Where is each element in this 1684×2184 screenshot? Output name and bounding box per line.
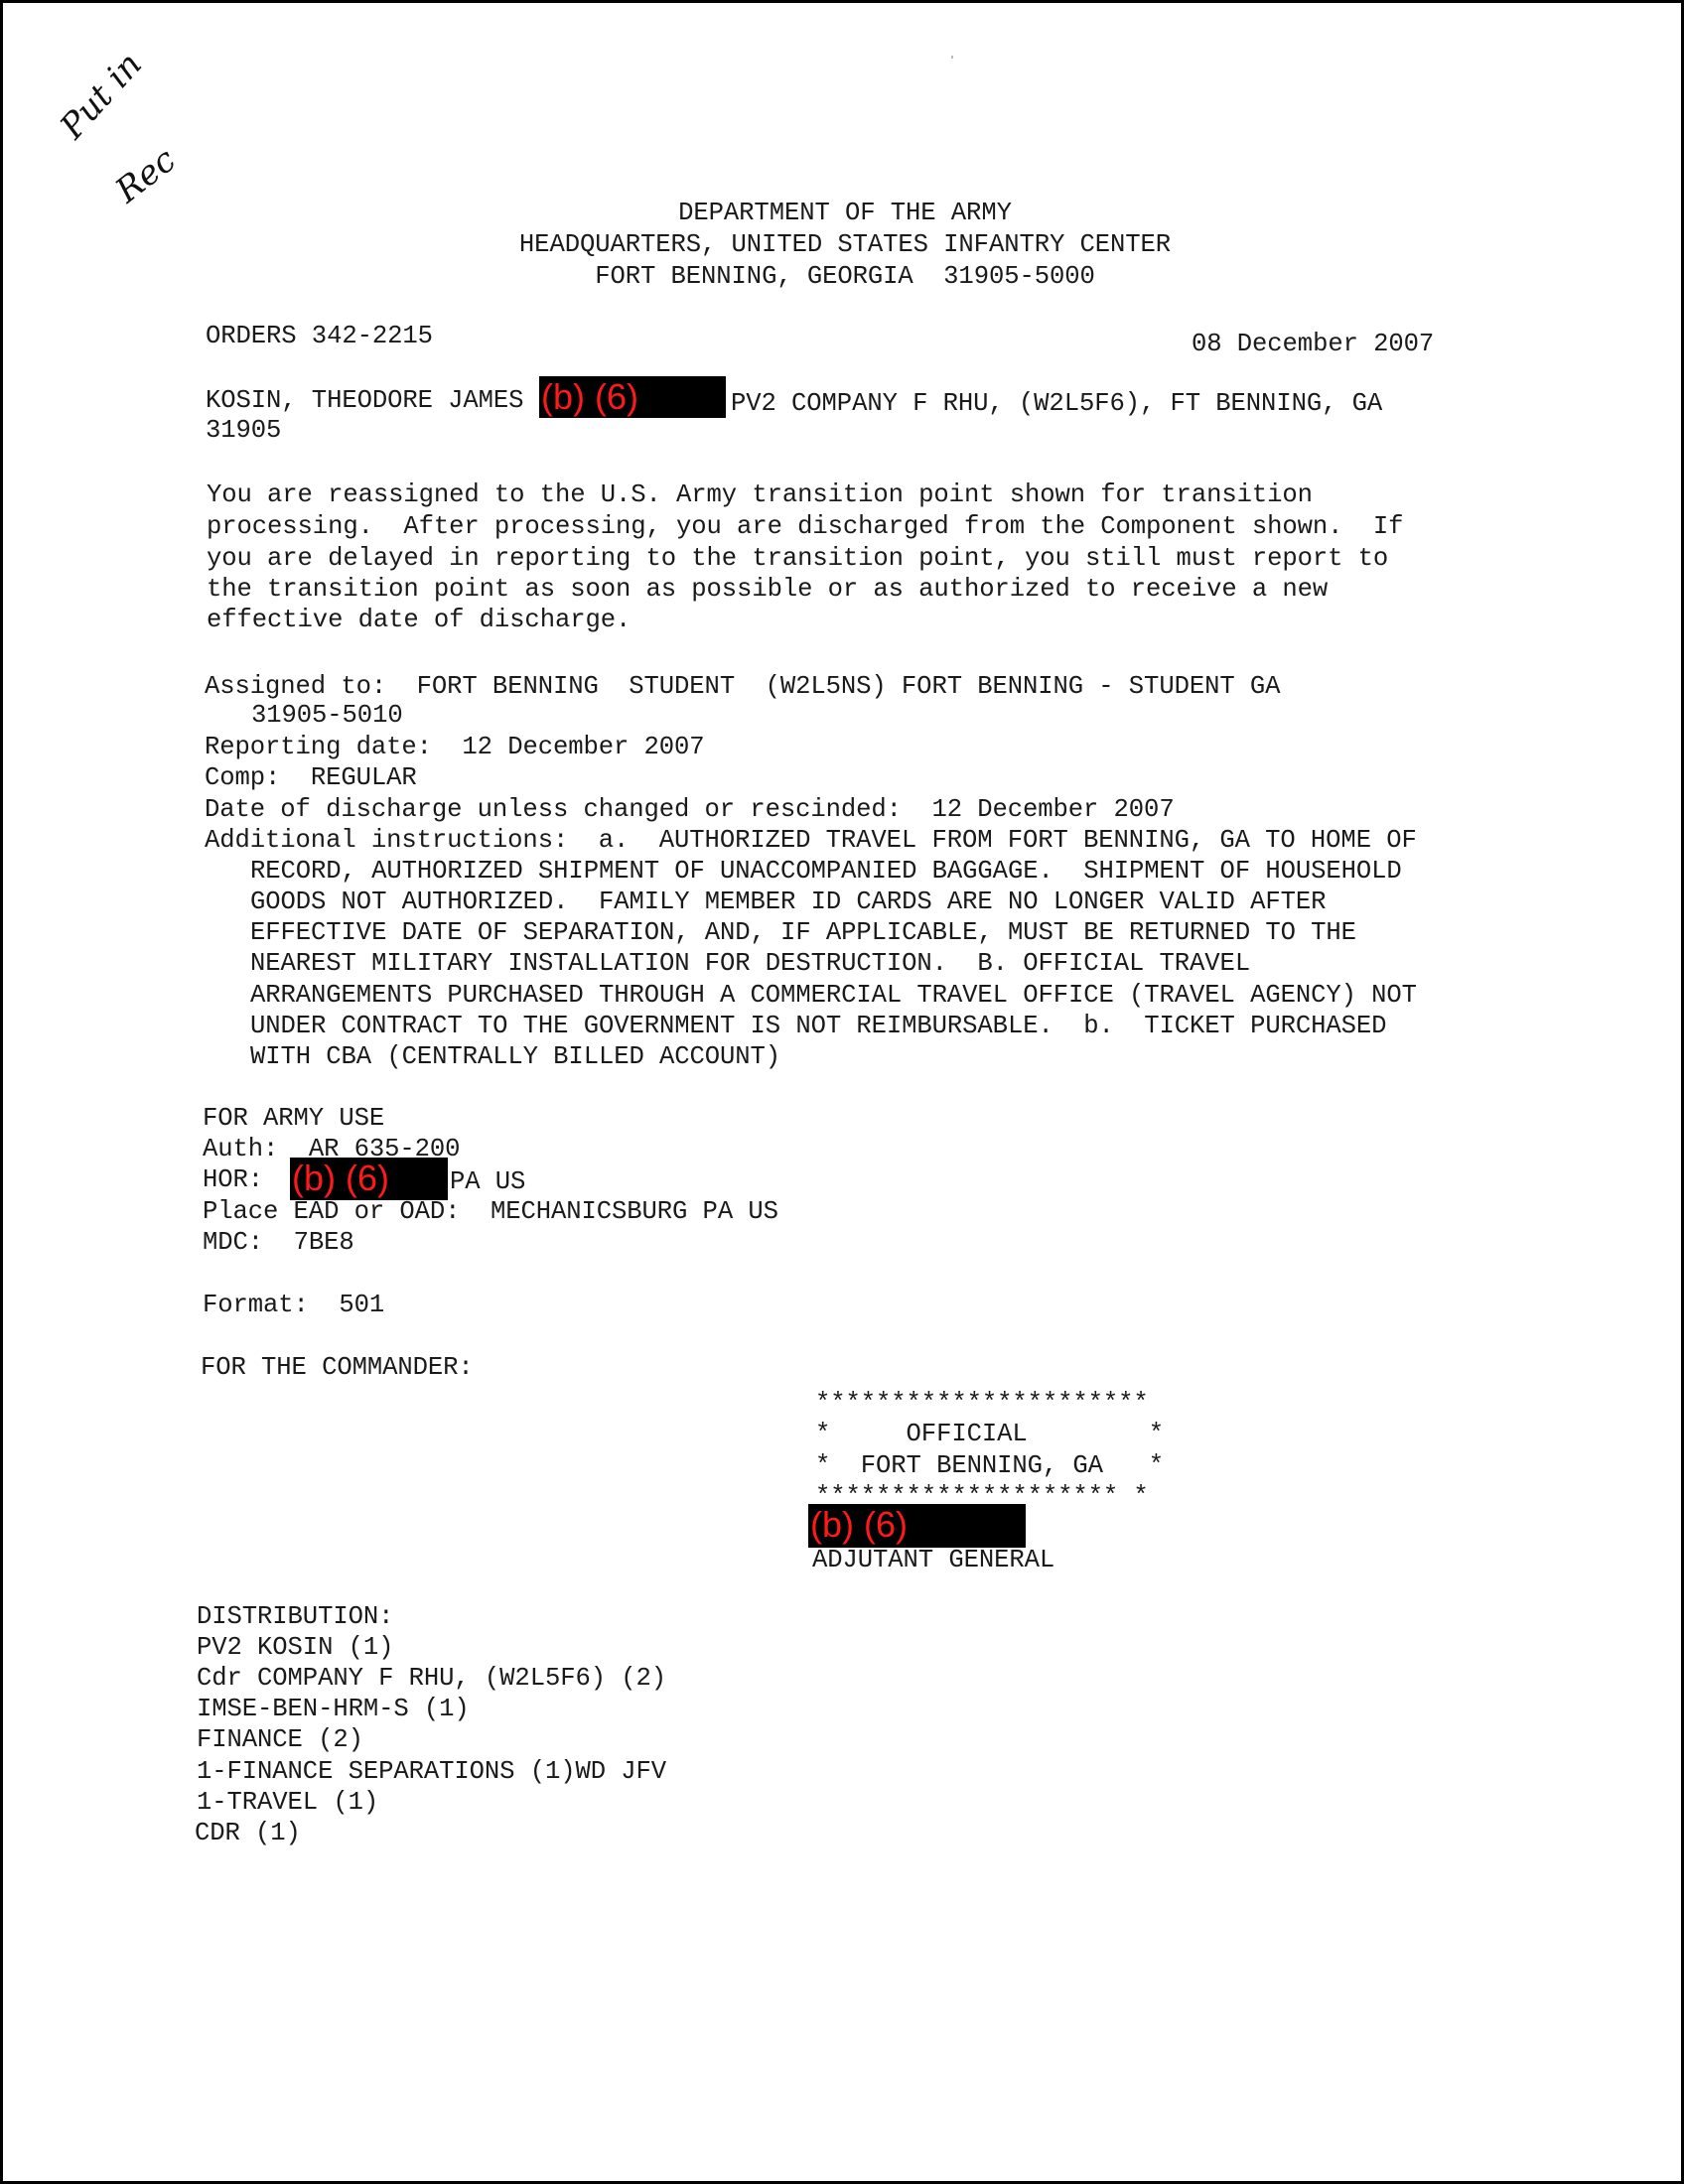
redaction-box-name: (b) (6) — [539, 376, 726, 418]
additional-label: Additional instructions: — [205, 826, 568, 855]
discharge-row: Date of discharge unless changed or resc… — [205, 794, 1175, 825]
handwritten-note-line1: Put in — [53, 45, 150, 147]
place-label: Place EAD or OAD: — [203, 1197, 460, 1226]
redaction-box-hor: (b) (6) — [290, 1158, 448, 1200]
orders-number: ORDERS 342-2215 — [206, 321, 433, 351]
reporting-date-row: Reporting date: 12 December 2007 — [205, 732, 705, 762]
for-the-commander: FOR THE COMMANDER: — [201, 1352, 474, 1383]
distribution-item: PV2 KOSIN (1) — [197, 1632, 393, 1663]
additional-line: NEAREST MILITARY INSTALLATION FOR DESTRU… — [250, 948, 1250, 979]
discharge-value: 12 December 2007 — [931, 795, 1174, 824]
auth-label: Auth: — [203, 1135, 278, 1163]
assigned-to-row: Assigned to: FORT BENNING STUDENT (W2L5N… — [205, 671, 1280, 702]
letterhead-line-3: FORT BENNING, GEORGIA 31905-5000 — [3, 261, 1684, 292]
hor-label: HOR: — [203, 1164, 263, 1195]
mdc-label: MDC: — [203, 1228, 263, 1257]
stamp-line: * OFFICIAL * — [815, 1419, 1164, 1449]
signature-title: ADJUTANT GENERAL — [812, 1545, 1054, 1575]
subject-zip: 31905 — [206, 415, 281, 446]
stamp-line: ********************** — [815, 1388, 1149, 1419]
mdc-row: MDC: 7BE8 — [203, 1227, 354, 1258]
place-row: Place EAD or OAD: MECHANICSBURG PA US — [203, 1196, 778, 1227]
distribution-item: FINANCE (2) — [197, 1724, 363, 1755]
additional-line: a. AUTHORIZED TRAVEL FROM FORT BENNING, … — [599, 826, 1417, 855]
body-line: you are delayed in reporting to the tran… — [207, 543, 1388, 574]
reporting-date-label: Reporting date: — [205, 733, 432, 761]
additional-instructions-row: Additional instructions: a. AUTHORIZED T… — [205, 825, 1417, 856]
additional-line: RECORD, AUTHORIZED SHIPMENT OF UNACCOMPA… — [250, 856, 1402, 887]
document-page: Put in Rec DEPARTMENT OF THE ARMY HEADQU… — [0, 0, 1684, 2184]
format-label: Format: — [203, 1291, 309, 1319]
assigned-to-value: FORT BENNING STUDENT (W2L5NS) FORT BENNI… — [417, 672, 1281, 701]
comp-value: REGULAR — [311, 763, 417, 792]
mdc-value: 7BE8 — [294, 1228, 354, 1257]
body-line: effective date of discharge. — [207, 605, 631, 635]
additional-line: WITH CBA (CENTRALLY BILLED ACCOUNT) — [250, 1041, 780, 1072]
comp-label: Comp: — [205, 763, 280, 792]
distribution-item: CDR (1) — [195, 1818, 301, 1848]
distribution-item: 1-FINANCE SEPARATIONS (1)WD JFV — [197, 1756, 666, 1787]
additional-line: UNDER CONTRACT TO THE GOVERNMENT IS NOT … — [250, 1011, 1386, 1041]
body-line: processing. After processing, you are di… — [207, 511, 1403, 542]
place-value: MECHANICSBURG PA US — [491, 1197, 778, 1226]
comp-row: Comp: REGULAR — [205, 762, 417, 793]
orders-date: 08 December 2007 — [1192, 329, 1434, 359]
stamp-line: * FORT BENNING, GA * — [815, 1450, 1164, 1481]
additional-line: GOODS NOT AUTHORIZED. FAMILY MEMBER ID C… — [250, 887, 1326, 917]
distribution-item: Cdr COMPANY F RHU, (W2L5F6) (2) — [197, 1663, 666, 1694]
distribution-heading: DISTRIBUTION: — [197, 1601, 393, 1632]
distribution-item: IMSE-BEN-HRM-S (1) — [197, 1694, 470, 1724]
letterhead-line-2: HEADQUARTERS, UNITED STATES INFANTRY CEN… — [3, 229, 1684, 260]
body-line: You are reassigned to the U.S. Army tran… — [207, 479, 1313, 510]
body-line: the transition point as soon as possible… — [207, 574, 1328, 605]
format-row: Format: 501 — [203, 1290, 384, 1320]
discharge-label: Date of discharge unless changed or resc… — [205, 795, 902, 824]
additional-line: EFFECTIVE DATE OF SEPARATION, AND, IF AP… — [250, 917, 1356, 948]
scan-speck — [951, 56, 953, 59]
assigned-to-label: Assigned to: — [205, 672, 386, 701]
letterhead-line-1: DEPARTMENT OF THE ARMY — [3, 198, 1684, 228]
army-use-heading: FOR ARMY USE — [203, 1103, 384, 1134]
distribution-item: 1-TRAVEL (1) — [197, 1787, 378, 1818]
redaction-box-signature: (b) (6) — [808, 1504, 1026, 1548]
additional-line: ARRANGEMENTS PURCHASED THROUGH A COMMERC… — [250, 980, 1417, 1011]
subject-unit: PV2 COMPANY F RHU, (W2L5F6), FT BENNING,… — [731, 388, 1382, 419]
format-value: 501 — [339, 1291, 384, 1319]
subject-name: KOSIN, THEODORE JAMES — [206, 385, 523, 416]
hor-value: PA US — [450, 1166, 525, 1197]
reporting-date-value: 12 December 2007 — [462, 733, 704, 761]
assigned-to-zip: 31905-5010 — [251, 700, 403, 731]
